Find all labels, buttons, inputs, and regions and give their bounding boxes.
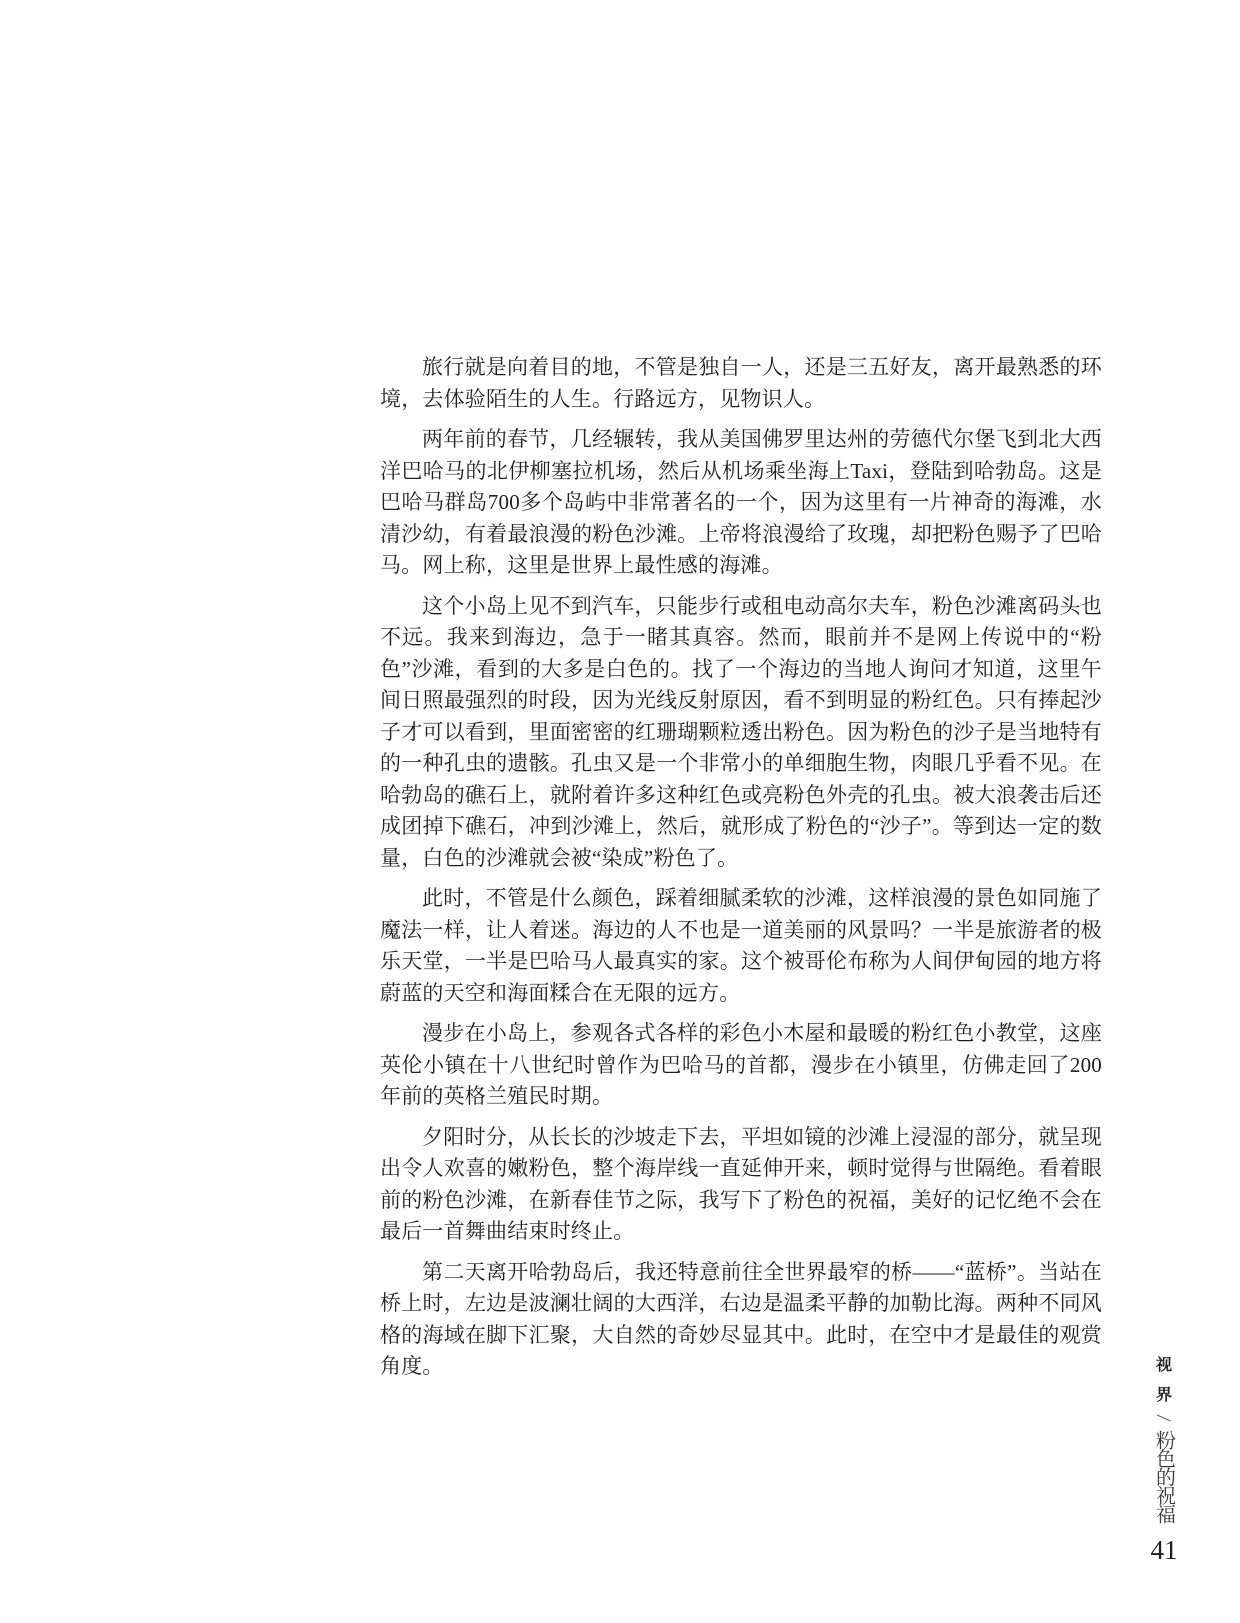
paragraph-5: 漫步在小岛上，参观各式各样的彩色小木屋和最暖的粉红色小教堂，这座英伦小镇在十八世… — [380, 1018, 1102, 1113]
article-title-vertical: 粉色的祝福 — [1150, 1430, 1179, 1523]
magazine-page: 旅行就是向着目的地，不管是独自一人，还是三五好友，离开最熟悉的环境，去体验陌生的… — [0, 0, 1240, 1623]
paragraph-7: 第二天离开哈勃岛后，我还特意前往全世界最窄的桥——“蓝桥”。当站在桥上时，左边是… — [380, 1257, 1102, 1383]
slash-separator: / — [1161, 1409, 1167, 1427]
page-number: 41 — [1151, 1537, 1178, 1564]
slash-glyph: / — [1155, 1414, 1173, 1421]
section-name-char-2: 界 — [1156, 1388, 1172, 1404]
paragraph-2: 两年前的春节，几经辗转，我从美国佛罗里达州的劳德代尔堡飞到北大西洋巴哈马的北伊柳… — [380, 424, 1102, 582]
paragraph-4: 此时，不管是什么颜色，踩着细腻柔软的沙滩，这样浪漫的景色如同施了魔法一样，让人着… — [380, 883, 1102, 1009]
sidebar-running-title: 视 界 / 粉色的祝福 41 — [1144, 1358, 1184, 1564]
article-body: 旅行就是向着目的地，不管是独自一人，还是三五好友，离开最熟悉的环境，去体验陌生的… — [380, 352, 1102, 1392]
paragraph-3: 这个小岛上见不到汽车，只能步行或租电动高尔夫车，粉色沙滩离码头也不远。我来到海边… — [380, 591, 1102, 875]
paragraph-6: 夕阳时分，从长长的沙坡走下去，平坦如镜的沙滩上浸湿的部分，就呈现出令人欢喜的嫩粉… — [380, 1122, 1102, 1248]
section-name-char-1: 视 — [1156, 1358, 1172, 1374]
paragraph-1: 旅行就是向着目的地，不管是独自一人，还是三五好友，离开最熟悉的环境，去体验陌生的… — [380, 352, 1102, 415]
